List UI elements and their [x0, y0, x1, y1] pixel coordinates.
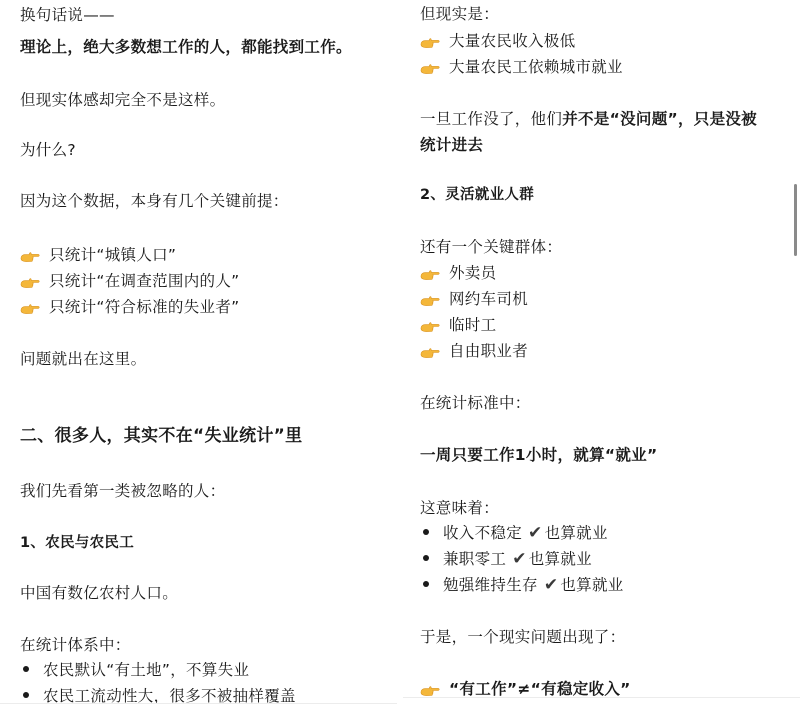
bullet-suffix: 也算就业 [560, 576, 623, 594]
text-line: 在统计体系中： [20, 634, 131, 656]
pointing-hand-icon [420, 321, 440, 333]
bullet-item: 农民默认“有土地”，不算失业 [20, 659, 249, 681]
bullet-text: 兼职零工 [443, 550, 506, 568]
text-line: 因为这个数据，本身有几个关键前提： [20, 190, 289, 212]
article-panel-right: 但现实是： 大量农民收入极低 大量农民工依赖城市就业 一旦工作没了，他们并不是“… [403, 0, 800, 698]
list-item-text: 网约车司机 [449, 290, 528, 308]
list-item-text: 大量农民收入极低 [449, 32, 575, 50]
pointing-hand-icon [420, 269, 440, 281]
pointing-hand-icon [420, 685, 440, 697]
bullet-dot-icon [423, 529, 429, 535]
conclusion-line: “有工作”≠“有稳定收入” [420, 678, 631, 698]
bullet-dot-icon [23, 666, 29, 672]
pointing-hand-icon [420, 295, 440, 307]
list-item: 大量农民收入极低 [420, 30, 575, 52]
conclusion-text: “有工作”≠“有稳定收入” [449, 680, 631, 698]
list-item: 只统计“符合标准的失业者” [20, 296, 239, 318]
subheading: 2、灵活就业人群 [420, 184, 534, 206]
list-item: 临时工 [420, 314, 496, 336]
list-item-text: 自由职业者 [449, 342, 528, 360]
check-mark-icon: ✔ [512, 548, 527, 570]
bullet-dot-icon [423, 555, 429, 561]
pointing-hand-icon [20, 303, 40, 315]
pointing-hand-icon [420, 37, 440, 49]
list-item: 外卖员 [420, 262, 496, 284]
pointing-hand-icon [20, 277, 40, 289]
list-item: 只统计“城镇人口” [20, 244, 176, 266]
pointing-hand-icon [20, 251, 40, 263]
list-item-text: 只统计“在调查范围内的人” [49, 272, 239, 290]
bullet-dot-icon [23, 692, 29, 698]
emphasis-text: 统计进去 [420, 134, 483, 156]
bullet-item: 兼职零工✔也算就业 [420, 548, 592, 570]
bullet-text: 收入不稳定 [443, 524, 522, 542]
text-line: 换句话说—— [20, 4, 115, 26]
list-item: 大量农民工依赖城市就业 [420, 56, 623, 78]
bullet-item: 农民工流动性大，很多不被抽样覆盖 [20, 685, 296, 704]
text-line: 但现实是： [420, 3, 499, 25]
list-item-text: 临时工 [449, 316, 496, 334]
subheading: 1、农民与农民工 [20, 532, 134, 554]
list-item-text: 外卖员 [449, 264, 496, 282]
text-line: 这意味着： [420, 497, 499, 519]
bullet-item: 勉强维持生存✔也算就业 [420, 574, 624, 596]
text-line: 问题就出在这里。 [20, 348, 146, 370]
check-mark-icon: ✔ [544, 574, 559, 596]
bullet-suffix: 也算就业 [529, 550, 592, 568]
list-item-text: 只统计“城镇人口” [49, 246, 176, 264]
text-line: 我们先看第一类被忽略的人： [20, 480, 225, 502]
bullet-suffix: 也算就业 [545, 524, 608, 542]
bullet-text: 农民默认“有土地”，不算失业 [43, 661, 249, 679]
list-item: 网约车司机 [420, 288, 528, 310]
text-line: 一旦工作没了，他们并不是“没问题”，只是没被 [420, 108, 757, 130]
text-line: 为什么? [20, 139, 76, 161]
emphasis-text: 并不是“没问题”，只是没被 [562, 110, 757, 128]
bold-statement: 理论上，绝大多数想工作的人，都能找到工作。 [20, 36, 352, 58]
scrollbar[interactable] [794, 184, 797, 256]
emphasis-text: 一周只要工作1小时，就算“就业” [420, 444, 657, 466]
text-segment: 一旦工作没了，他们 [420, 110, 562, 128]
bullet-item: 收入不稳定✔也算就业 [420, 522, 608, 544]
list-item-text: 只统计“符合标准的失业者” [49, 298, 239, 316]
list-item: 自由职业者 [420, 340, 528, 362]
list-item: 只统计“在调查范围内的人” [20, 270, 239, 292]
text-line: 于是，一个现实问题出现了： [420, 626, 625, 648]
pointing-hand-icon [420, 63, 440, 75]
list-item-text: 大量农民工依赖城市就业 [449, 58, 623, 76]
pointing-hand-icon [420, 347, 440, 359]
article-panel-left: 换句话说—— 理论上，绝大多数想工作的人，都能找到工作。 但现实体感却完全不是这… [0, 0, 397, 704]
bullet-dot-icon [423, 581, 429, 587]
text-line: 但现实体感却完全不是这样。 [20, 89, 225, 111]
bullet-text: 勉强维持生存 [443, 576, 538, 594]
section-heading: 二、很多人，其实不在“失业统计”里 [20, 425, 302, 447]
text-line: 还有一个关键群体： [420, 236, 562, 258]
text-line: 中国有数亿农村人口。 [20, 582, 178, 604]
text-line: 在统计标准中： [420, 392, 531, 414]
check-mark-icon: ✔ [528, 522, 543, 544]
bullet-text: 农民工流动性大，很多不被抽样覆盖 [43, 687, 296, 704]
